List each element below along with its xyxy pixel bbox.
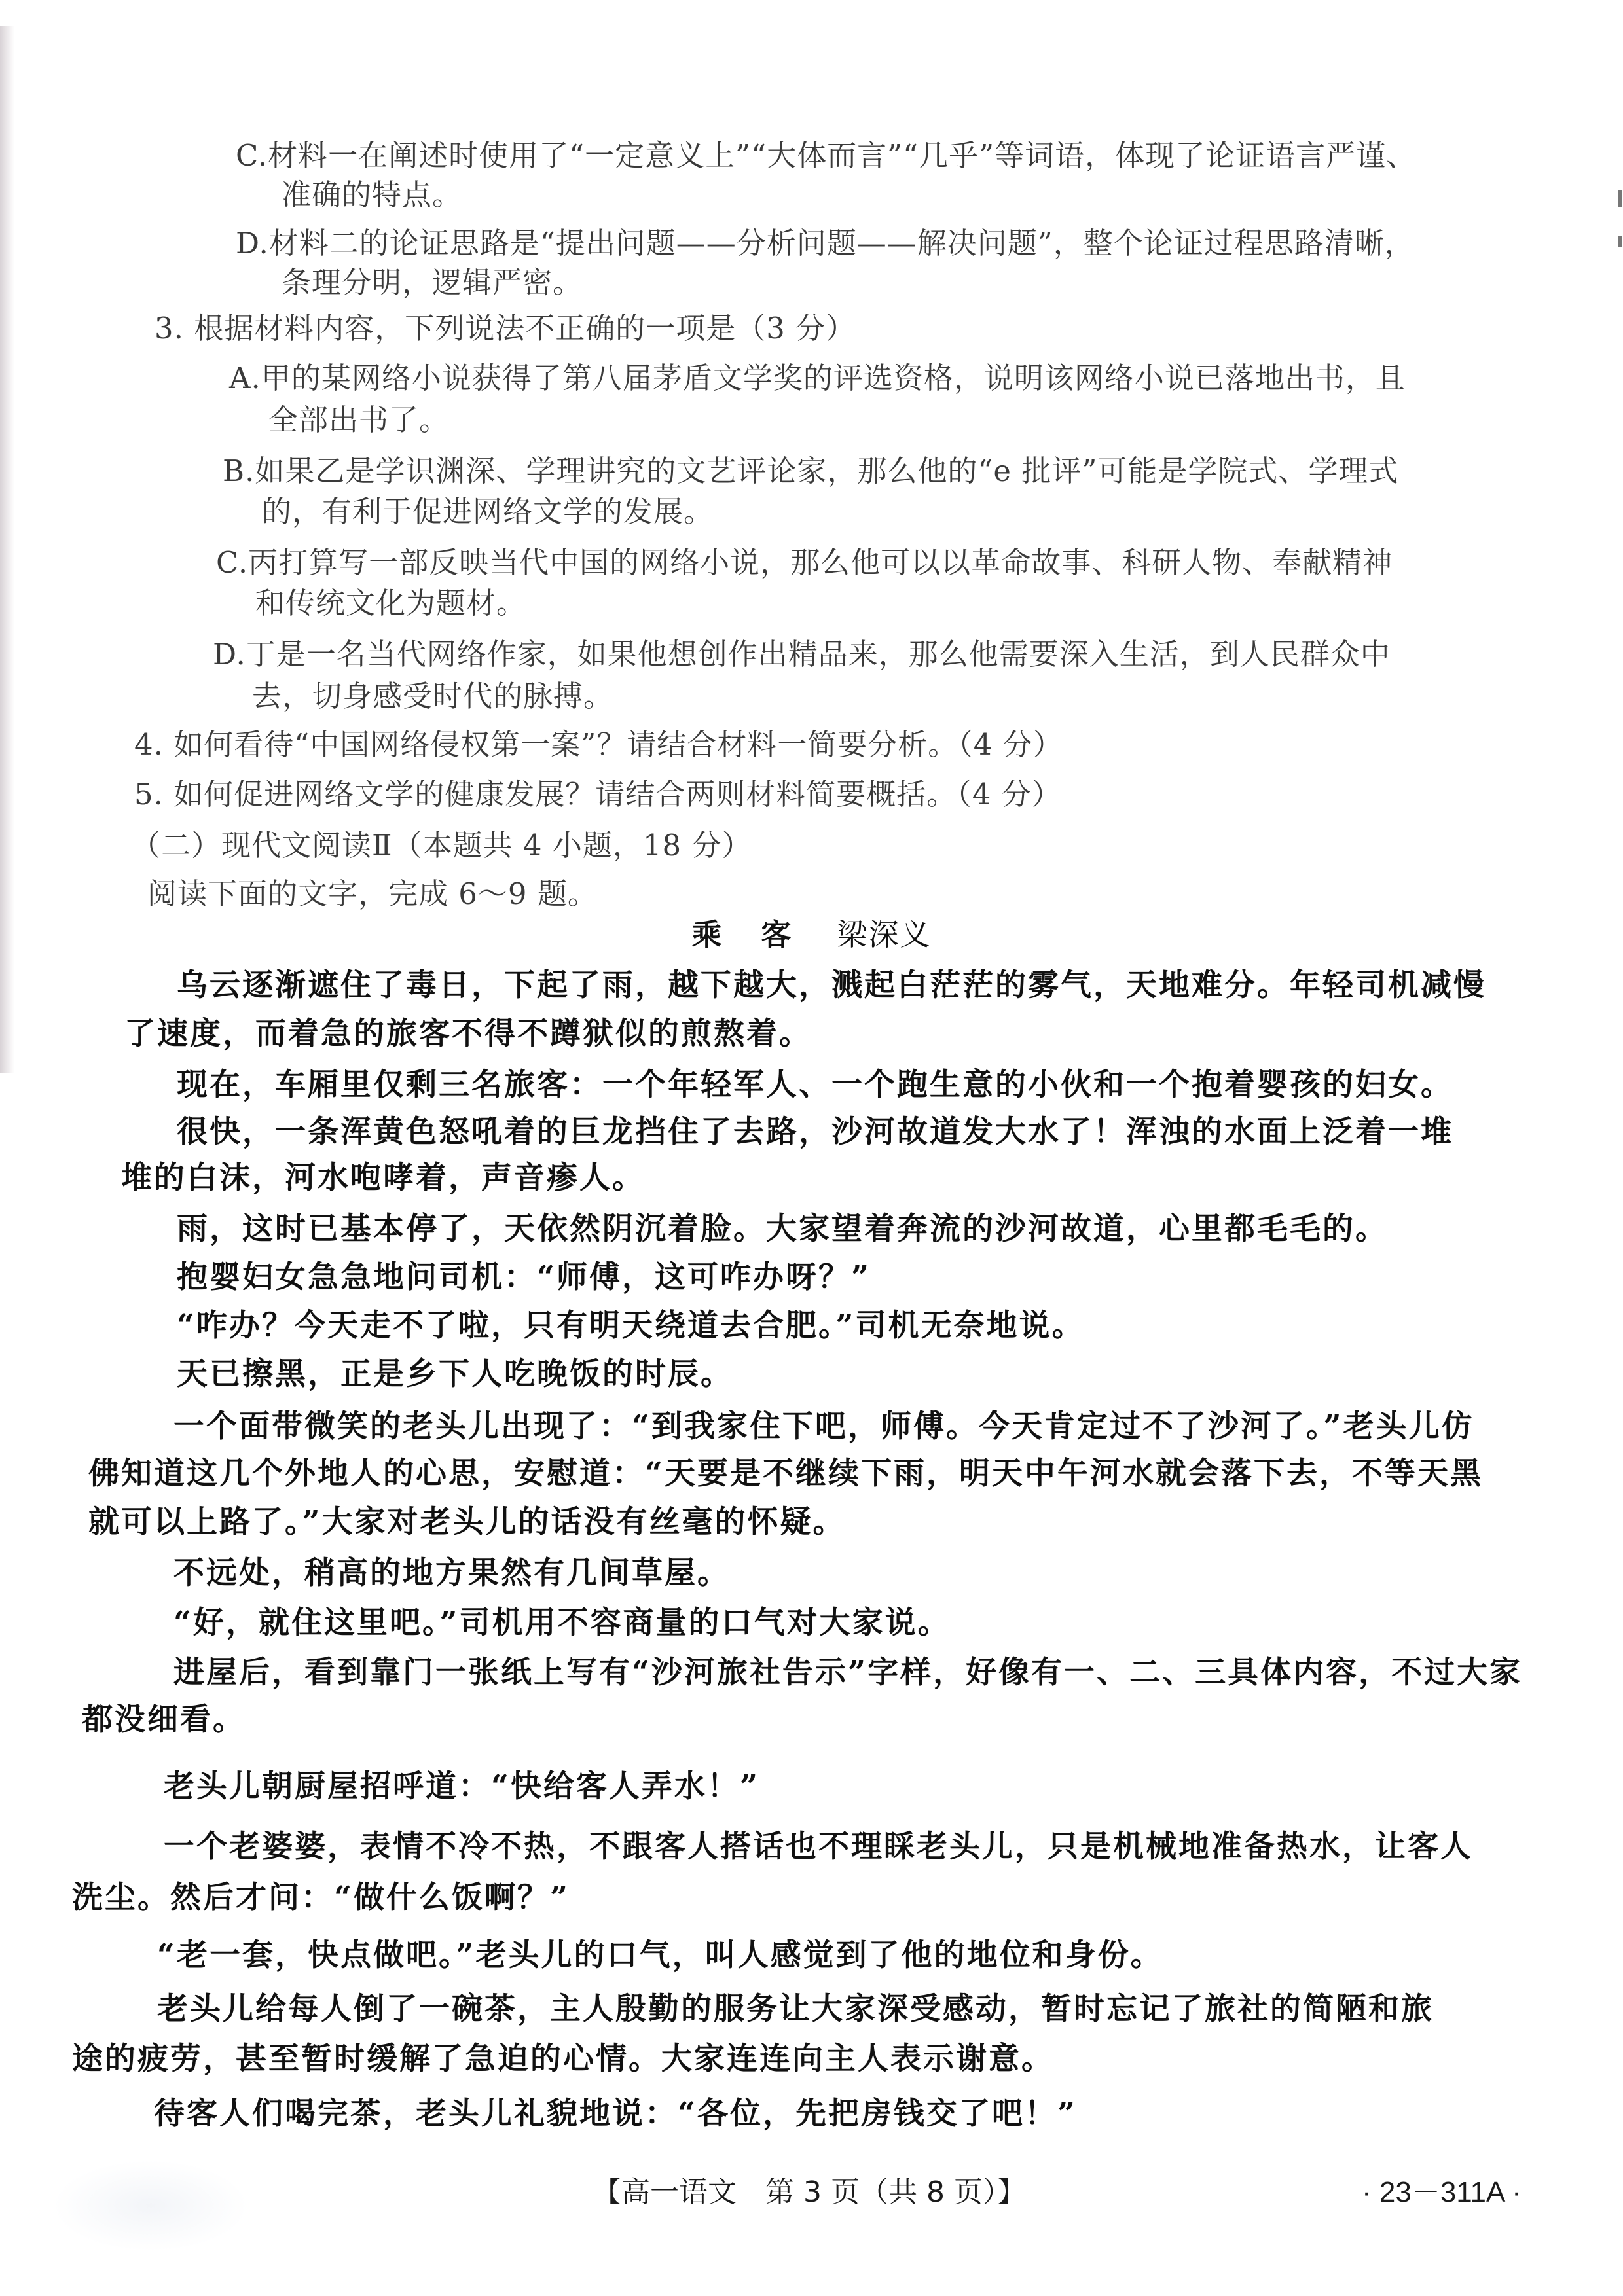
- page-footer-label: 【高一语文 第 3 页（共 8 页）】: [593, 2173, 1026, 2212]
- story-line: 了速度，而着急的旅客不得不蹲狱似的煎熬着。: [124, 1014, 812, 1054]
- scan-bleed-through: [52, 2160, 249, 2251]
- q2-option-d-line1: D.材料二的论证思路是“提出问题——分析问题——解决问题”，整个论证过程思路清晰…: [236, 224, 1415, 263]
- q3-option-b-line2: 的，有利于促进网络文学的发展。: [262, 492, 714, 531]
- q3-option-a-line2: 全部出书了。: [268, 401, 449, 440]
- story-line: “好，就住这里吧。”司机用不容商量的口气对大家说。: [173, 1604, 951, 1643]
- q3-option-a-line1: A.甲的某网络小说获得了第八届茅盾文学奖的评选资格，说明该网络小说已落地出书，且: [229, 359, 1406, 398]
- story-title-text: 乘客: [692, 917, 831, 952]
- story-line: 老头儿朝厨屋招呼道：“快给客人弄水！”: [164, 1767, 759, 1806]
- q3-option-c-line1: C.丙打算写一部反映当代中国的网络小说，那么他可以以革命故事、科研人物、奉献精神: [216, 543, 1393, 583]
- story-line: 洗尘。然后才问：“做什么饭啊？”: [72, 1878, 570, 1918]
- story-line: 一个老婆婆，表情不冷不热，不跟客人搭话也不理睬老头儿，只是机械地准备热水，让客人: [164, 1827, 1473, 1867]
- story-line: “老一套，快点做吧。”老头儿的口气，叫人感觉到了他的地位和身份。: [157, 1936, 1163, 1975]
- q5: 5. 如何促进网络文学的健康发展？请结合两则材料简要概括。（4 分）: [134, 775, 1062, 814]
- q3-option-b-line1: B.如果乙是学识渊深、学理讲究的文艺评论家，那么他的“e 批评”可能是学院式、学…: [223, 452, 1398, 491]
- story-line: 不远处，稍高的地方果然有几间草屋。: [173, 1554, 730, 1593]
- story-line: 途的疲劳，甚至暂时缓解了急迫的心情。大家连连向主人表示谢意。: [72, 2039, 1054, 2079]
- exam-code: · 23－311A ·: [1362, 2173, 1522, 2212]
- q2-option-c-line2: 准确的特点。: [282, 175, 462, 215]
- story-line: “咋办？今天走不了啦，只有明天绕道去合肥。”司机无奈地说。: [177, 1306, 1085, 1346]
- q4: 4. 如何看待“中国网络侵权第一案”？请结合材料一简要分析。（4 分）: [134, 725, 1063, 764]
- story-line: 一个面带微笑的老头儿出现了：“到我家住下吧，师傅。今天肯定过不了沙河了。”老头儿…: [173, 1407, 1474, 1446]
- story-line: 老头儿给每人倒了一碗茶，主人殷勤的服务让大家深受感动，暂时忘记了旅社的简陋和旅: [157, 1990, 1434, 2029]
- story-title: 乘客梁深义: [0, 915, 1623, 954]
- q3-option-d-line2: 去，切身感受时代的脉搏。: [252, 677, 613, 716]
- scan-edge-marks: [1613, 190, 1623, 268]
- q3-stem: 3. 根据材料内容，下列说法不正确的一项是（3 分）: [155, 309, 856, 348]
- q2-option-c-line1: C.材料一在阐述时使用了“一定意义上”“大体而言”“几乎”等词语，体现了论证语言…: [236, 136, 1416, 175]
- section-heading: （二）现代文阅读Ⅱ（本题共 4 小题，18 分）: [131, 826, 752, 865]
- story-line: 进屋后，看到靠门一张纸上写有“沙河旅社告示”字样，好像有一、二、三具体内容，不过…: [173, 1653, 1522, 1693]
- q2-option-d-line2: 条理分明，逻辑严密。: [282, 263, 583, 302]
- story-line: 都没细看。: [82, 1700, 246, 1740]
- story-line: 天已擦黑，正是乡下人吃晚饭的时辰。: [177, 1355, 733, 1394]
- q3-option-c-line2: 和传统文化为题材。: [255, 584, 526, 623]
- exam-page: C.材料一在阐述时使用了“一定意义上”“大体而言”“几乎”等词语，体现了论证语言…: [0, 0, 1623, 2296]
- q3-option-d-line1: D.丁是一名当代网络作家，如果他想创作出精品来，那么他需要深入生活，到人民群众中: [213, 635, 1391, 674]
- story-line: 待客人们喝完茶，老头儿礼貌地说：“各位，先把房钱交了吧！”: [154, 2094, 1077, 2134]
- story-line: 雨，这时已基本停了，天依然阴沉着脸。大家望着奔流的沙河故道，心里都毛毛的。: [177, 1210, 1388, 1249]
- story-line: 抱婴妇女急急地问司机：“师傅，这可咋办呀？”: [177, 1258, 871, 1297]
- story-line: 现在，车厢里仅剩三名旅客：一个年轻军人、一个跑生意的小伙和一个抱着婴孩的妇女。: [177, 1066, 1453, 1105]
- story-line: 乌云逐渐遮住了毒日，下起了雨，越下越大，溅起白茫茫的雾气，天地难分。年轻司机减慢: [177, 966, 1486, 1005]
- story-line: 佛知道这几个外地人的心思，安慰道：“天要是不继续下雨，明天中午河水就会落下去，不…: [88, 1454, 1483, 1494]
- reading-instruction: 阅读下面的文字，完成 6～9 题。: [147, 874, 598, 914]
- story-author: 梁深义: [837, 917, 932, 952]
- story-line: 堆的白沫，河水咆哮着，声音瘆人。: [121, 1158, 645, 1198]
- story-line: 很快，一条浑黄色怒吼着的巨龙挡住了去路，沙河故道发大水了！浑浊的水面上泛着一堆: [177, 1113, 1453, 1152]
- story-line: 就可以上路了。”大家对老头儿的话没有丝毫的怀疑。: [88, 1503, 846, 1542]
